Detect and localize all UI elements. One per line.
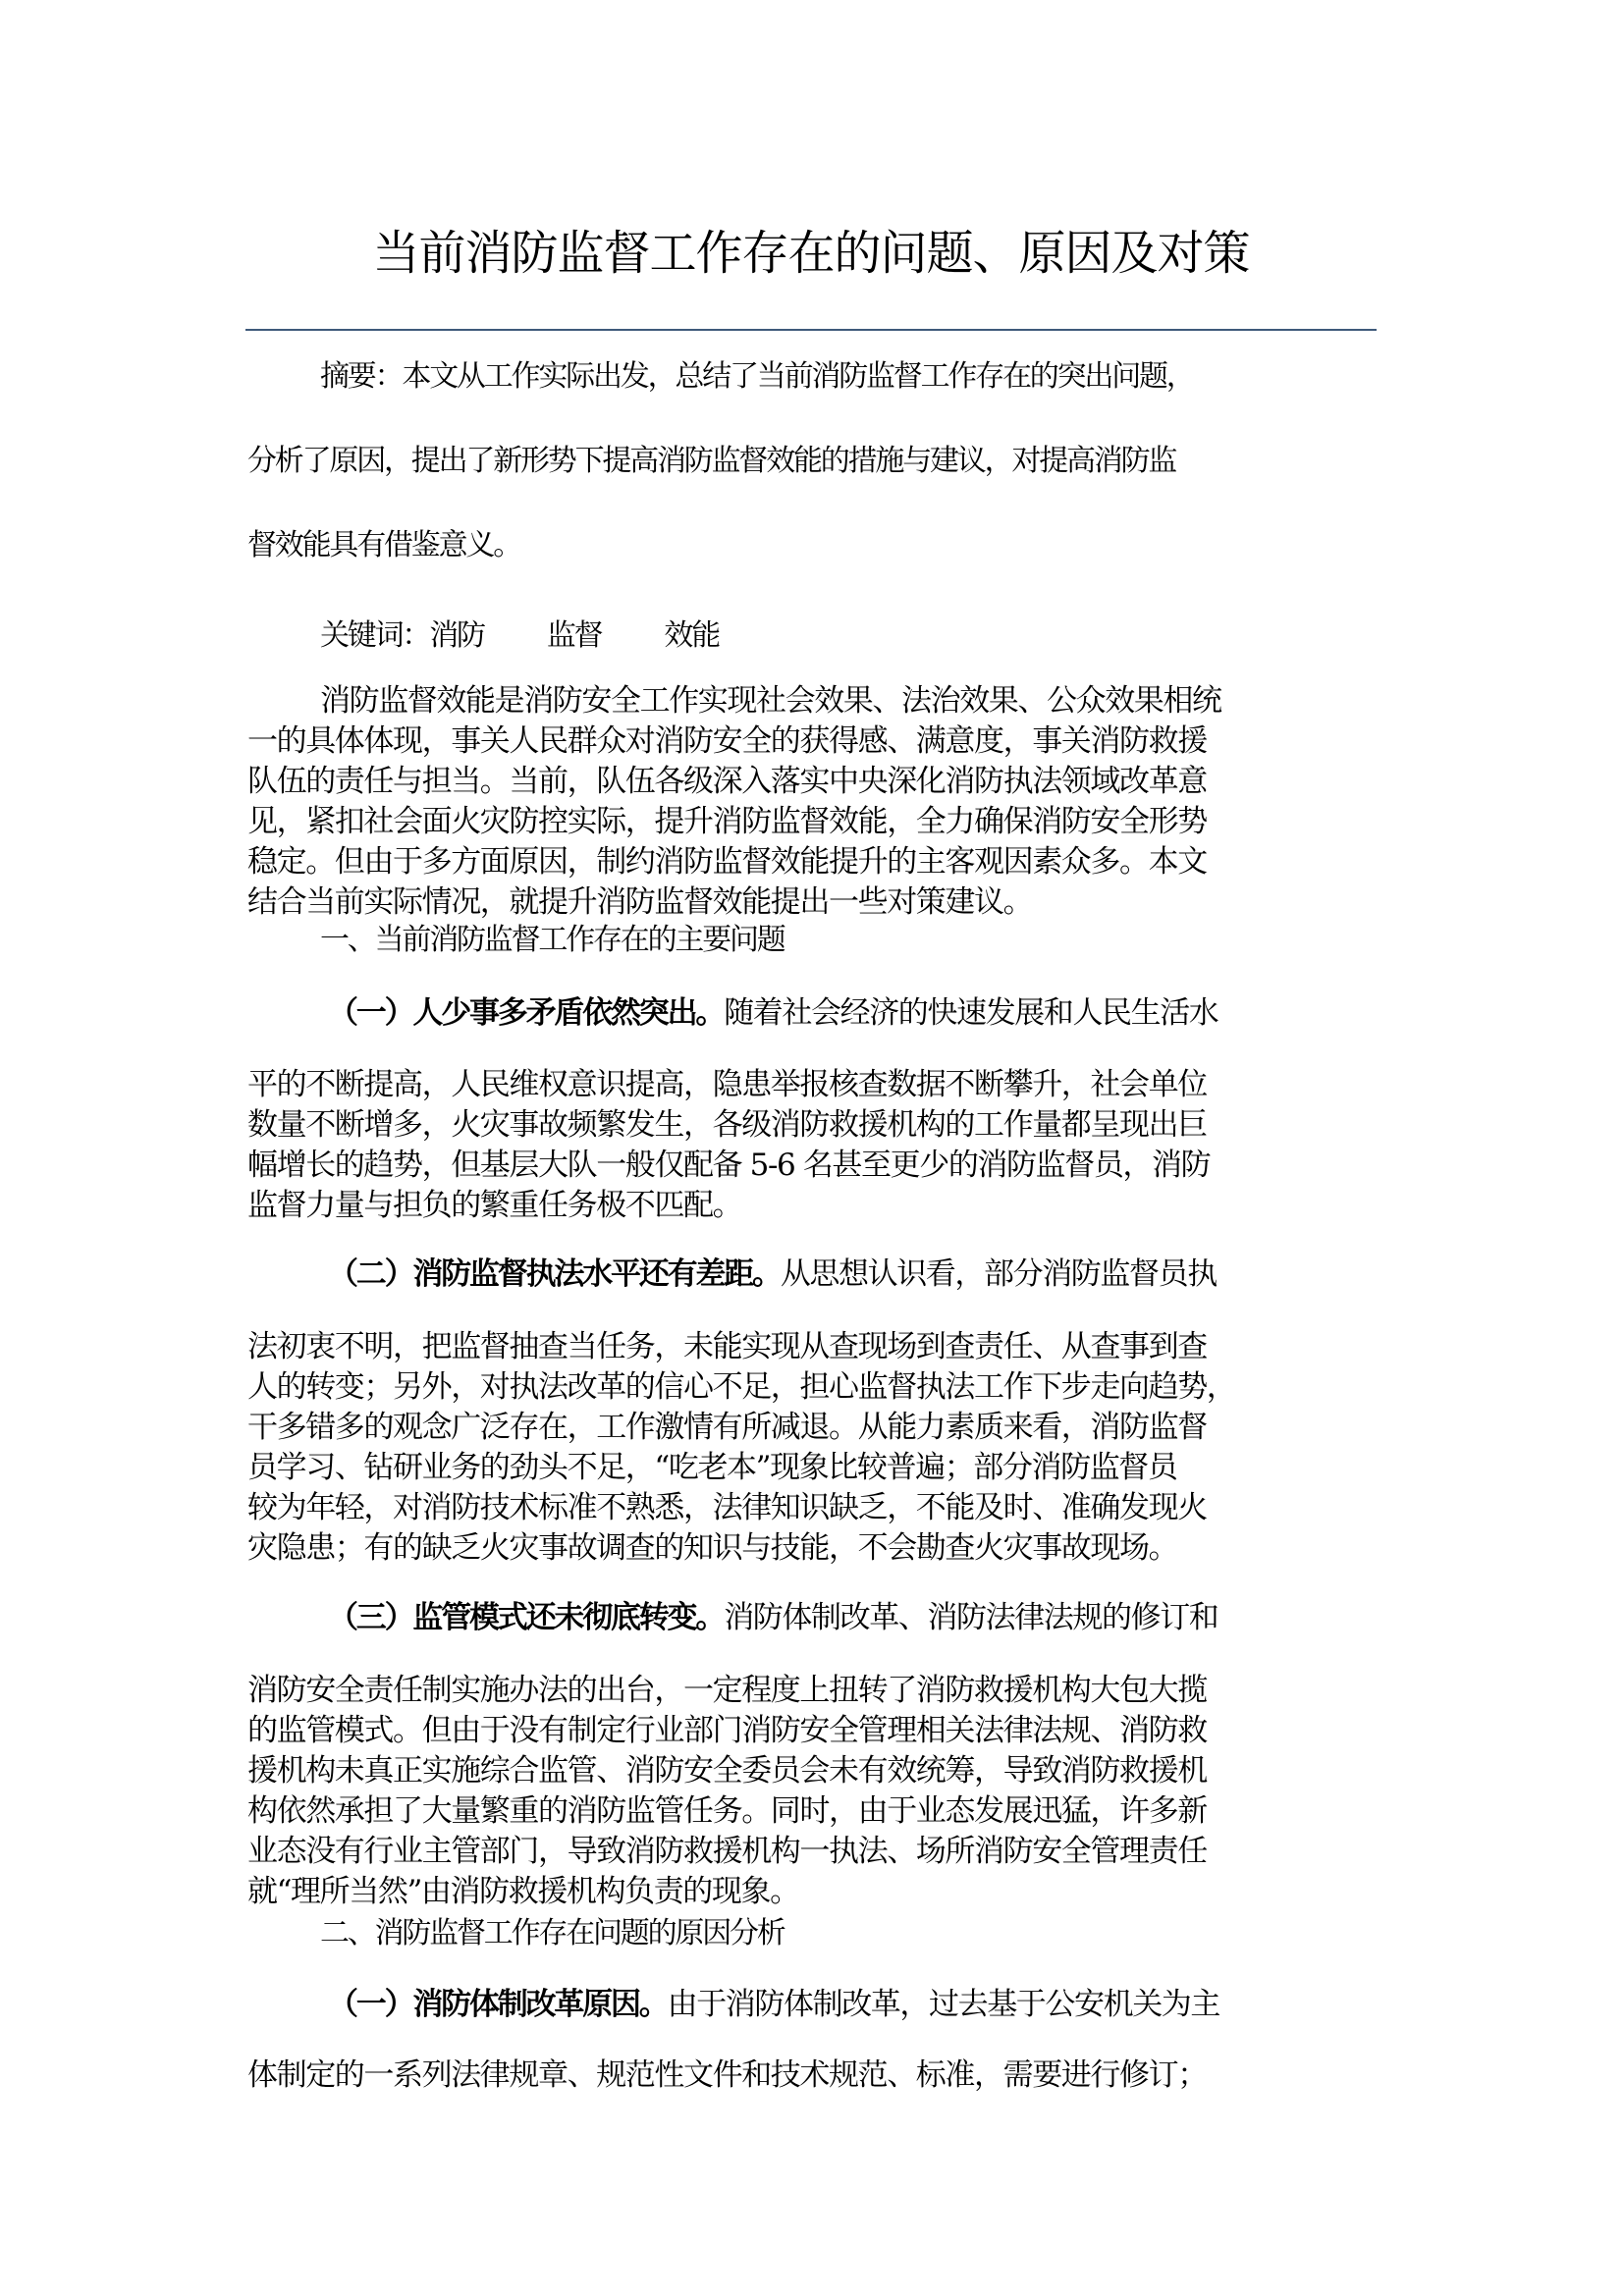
keywords-line: 关键词：消防监督效能 xyxy=(320,616,1449,656)
subsection-heading: （一）人少事多矛盾依然突出。 xyxy=(328,995,724,1031)
paragraph-line: 数量不断增多，火灾事故频繁发生，各级消防救援机构的工作量都呈现出巨 xyxy=(247,1105,1377,1145)
subsection-heading: （二）消防监督执法水平还有差距。 xyxy=(328,1256,781,1292)
abstract-line-3: 督效能具有借鉴意义。 xyxy=(247,526,1377,565)
document-title: 当前消防监督工作存在的问题、原因及对策 xyxy=(245,224,1377,283)
intro-line: 见，紧扣社会面火灾防控实际，提升消防监督效能，全力确保消防安全形势 xyxy=(247,802,1377,841)
paragraph-line: 员学习、钻研业务的劲头不足，“吃老本”现象比较普遍；部分消防监督员 xyxy=(247,1448,1377,1487)
keywords-label: 关键词： xyxy=(320,618,429,653)
paragraph-line: 业态没有行业主管部门，导致消防救援机构一执法、场所消防安全管理责任 xyxy=(247,1832,1377,1871)
subsection-1-2-first-line: （二）消防监督执法水平还有差距。从思想认识看，部分消防监督员执 xyxy=(328,1255,1457,1294)
subsection-heading: （三）监管模式还未彻底转变。 xyxy=(328,1600,724,1635)
paragraph-line: 的监管模式。但由于没有制定行业部门消防安全管理相关法律法规、消防救 xyxy=(247,1711,1377,1750)
subsection-1-3-first-line: （三）监管模式还未彻底转变。消防体制改革、消防法律法规的修订和 xyxy=(328,1598,1457,1637)
paragraph-line: 幅增长的趋势，但基层大队一般仅配备 5-6 名甚至更少的消防监督员，消防 xyxy=(247,1146,1377,1185)
subsection-heading: （一）消防体制改革原因。 xyxy=(328,1987,668,2022)
abstract-label: 摘要： xyxy=(320,359,402,394)
paragraph-line: 较为年轻，对消防技术标准不熟悉，法律知识缺乏，不能及时、准确发现火 xyxy=(247,1488,1377,1527)
keyword: 效能 xyxy=(664,618,719,653)
paragraph-line: 干多错多的观念广泛存在，工作激情有所减退。从能力素质来看，消防监督 xyxy=(247,1408,1377,1447)
paragraph-line: 平的不断提高，人民维权意识提高，隐患举报核查数据不断攀升，社会单位 xyxy=(247,1065,1377,1104)
abstract-line-2: 分析了原因，提出了新形势下提高消防监督效能的措施与建议，对提高消防监 xyxy=(247,442,1377,481)
paragraph-line: 体制定的一系列法律规章、规范性文件和技术规范、标准，需要进行修订； xyxy=(247,2056,1377,2095)
paragraph-line: 人的转变；另外，对执法改革的信心不足，担心监督执法工作下步走向趋势， xyxy=(247,1367,1377,1407)
section-1-heading: 一、当前消防监督工作存在的主要问题 xyxy=(320,921,1449,960)
intro-line: 稳定。但由于多方面原因，制约消防监督效能提升的主客观因素众多。本文 xyxy=(247,842,1377,881)
keyword: 监督 xyxy=(547,618,602,653)
paragraph-line: 灾隐患；有的缺乏火灾事故调查的知识与技能，不会勘查火灾事故现场。 xyxy=(247,1528,1377,1568)
abstract-line-1: 摘要：本文从工作实际出发，总结了当前消防监督工作存在的突出问题， xyxy=(320,357,1449,397)
paragraph-line: 构依然承担了大量繁重的消防监管任务。同时，由于业态发展迅猛，许多新 xyxy=(247,1791,1377,1831)
intro-line: 消防监督效能是消防安全工作实现社会效果、法治效果、公众效果相统 xyxy=(320,681,1449,721)
title-divider xyxy=(245,329,1377,331)
subsection-2-1-first-line: （一）消防体制改革原因。由于消防体制改革，过去基于公安机关为主 xyxy=(328,1985,1457,2024)
paragraph-line: 监督力量与担负的繁重任务极不匹配。 xyxy=(247,1186,1377,1225)
intro-line: 结合当前实际情况，就提升消防监督效能提出一些对策建议。 xyxy=(247,882,1377,922)
subsection-1-1-first-line: （一）人少事多矛盾依然突出。随着社会经济的快速发展和人民生活水 xyxy=(328,993,1457,1033)
paragraph-line: 就“理所当然”由消防救援机构负责的现象。 xyxy=(247,1872,1377,1911)
paragraph-line: 消防安全责任制实施办法的出台，一定程度上扭转了消防救援机构大包大揽 xyxy=(247,1671,1377,1710)
paragraph-line: 法初衷不明，把监督抽查当任务，未能实现从查现场到查责任、从查事到查 xyxy=(247,1327,1377,1366)
intro-line: 队伍的责任与担当。当前，队伍各级深入落实中央深化消防执法领域改革意 xyxy=(247,762,1377,801)
intro-line: 一的具体体现，事关人民群众对消防安全的获得感、满意度，事关消防救援 xyxy=(247,721,1377,761)
keyword: 消防 xyxy=(429,618,484,653)
section-2-heading: 二、消防监督工作存在问题的原因分析 xyxy=(320,1914,1449,1953)
paragraph-line: 援机构未真正实施综合监管、消防安全委员会未有效统筹，导致消防救援机 xyxy=(247,1751,1377,1790)
document-page: 当前消防监督工作存在的问题、原因及对策 摘要：本文从工作实际出发，总结了当前消防… xyxy=(0,0,1624,2296)
